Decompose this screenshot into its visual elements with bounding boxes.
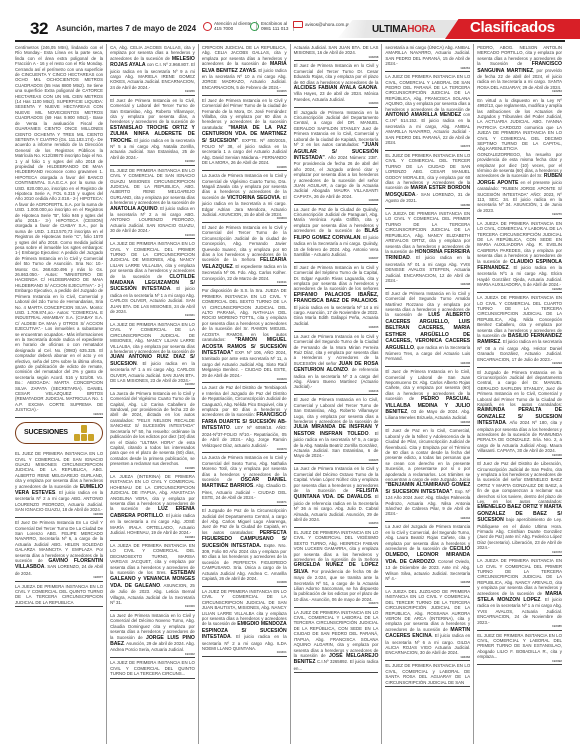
legal-notice: El Juez de Primera Instancia en lo Civil… [294,396,379,464]
notice-code: 193298 [385,283,470,287]
notice-text: LA JUEZ DE PRIMERA INSTANCIA EN LO CIVIL… [110,660,195,676]
notice-text: LA JUEZA DE PRIMERA INSTANCIA EN LO CIVI… [477,221,562,264]
column-6: PEDRO, ABOG. NELSON ANTOLIN MERCADO PORT… [473,44,565,744]
contact-whatsapp: 0981 111 013 [261,26,288,31]
notice-text: El Juez de Primera Instancia en lo Civil… [294,63,379,84]
legal-notice: EL JUEZ DE PRIMERA INSTANCIA EN LO CIVIL… [385,152,470,209]
notice-text: LA JUEZA DE PRIMERA INSTANCIA EN LO CIVI… [385,211,470,254]
notice-code: 193266 [110,90,195,94]
notice-code: 193402 [110,653,195,657]
legal-notice: La Jueza de Primera Instancia en lo Civi… [110,390,195,472]
brand-logo-part: HORA [407,24,435,35]
notice-code: 193877 [15,576,103,580]
notice-text: El Juez de Paz en lo Civil, Comercial, L… [385,428,470,482]
header-rule [15,40,565,42]
notice-text: LA JUEZ DE PRIMERA INSTANCIA EN LO CIVIL… [294,610,379,658]
notice-text: Por disposición de S.S. la Sra. JUEZA DE… [202,288,287,342]
legal-notice: El Juzgado de Primera Instancia en la Ci… [477,369,562,460]
column-2: CA, Abg. CELIA JACOBS GALLAS, cita y emp… [106,44,198,744]
brand-logo-part: ULTIMA [372,24,407,35]
legal-notice: EL JUEZ DE PRIMERA INSTANCIA EN LO CIVIL… [294,529,379,608]
column-5: secretaría a mi cargo (ÚNICA) Abg. ANIBA… [381,44,473,744]
legal-notice: La Juez de Primera Instancia en lo Civil… [294,465,379,528]
notice-code: 193384 [110,536,195,540]
notice-code: 193362 [385,656,470,660]
notice-code: 193282 [477,288,562,292]
contact-phone: 415 7000 [214,26,233,31]
notice-code: 193374 [294,602,379,606]
legal-notice: LA JUEZA DE PRIMERA INSTANCIA EN LO CIVI… [477,220,562,293]
notice-code: 193388 [202,581,287,585]
legal-notice: La Juez de Primera Instancia en lo Civil… [110,612,195,658]
notice-code: 193400 [110,605,195,609]
legal-notice: La Juez de Primera Instancia en lo Civil… [294,333,379,396]
notice-code: 193385 [477,625,562,629]
notice-code: 193325 [294,459,379,463]
decedent-name: VICTORINA SEGOVIA [227,195,280,201]
notice-text: El Juez de Paz del Distrito de Liberació… [477,461,562,504]
notice-text: LA JUEZA DE PRIMERA INSTANCIA EN LO CIVI… [15,584,103,605]
notice-code: 193302 [110,160,195,164]
banner-label: SUCESIONES [24,430,68,435]
notice-code: 193352 [110,383,195,387]
legal-notice: El Juez de Paz en lo Civil, Comercial, L… [385,427,470,522]
legal-notice: En virtud a lo dispuesto en la Ley Nº 49… [477,97,562,219]
notice-text: LA JUEZA DEL JUZGADO DE PRIMERA INSTANCI… [385,589,470,632]
legal-notice: CA, Abg. CELIA JACOBS GALLAS, cita y emp… [110,44,195,96]
notice-text: EL JUEZ DE PRIMERA INSTANCIA EN LO CIVIL… [110,168,195,205]
notice-code: 193284 [294,102,379,106]
notice-code: 193371 [202,501,287,505]
whatsapp-contact: Escribinos al0981 111 013 [250,21,294,31]
legal-notice: El Juez De Primera Instancia En Lo Civil… [15,519,103,582]
legal-notice: LA JUEZ DE PRIMERA INSTANCIA EN LO CIVIL… [294,609,379,673]
notice-code: 193261 [385,67,470,71]
notice-text: El Juez De Primera Instancia En Lo Civil… [15,520,103,563]
notice-text: EL JUEZ DE PRIMERA INSTANCIA EN LO CIVIL… [385,663,470,684]
phone-icon [203,22,212,31]
notice-code: 193286 [202,166,287,170]
legal-notice: LA JUEZA DE PRIMERA INSTANCIA EN LO CIVI… [15,583,103,608]
legal-notice: El Juez de Primera Instancia en lo Civil… [202,224,287,287]
legal-notice: LA JUEZ DE PRIMERA INSTANCIA EN LO CIVIL… [202,588,287,657]
notice-code: 193293 [477,362,562,366]
mail-icon [293,21,303,28]
legal-notice: LA JUEZ DE PRIMERA INSTANCIA EN LO CIVIL… [385,73,470,151]
notice-text-tail: . Año 2024 Número: 238". Por providencia… [294,155,379,199]
notice-code: 193297 [294,257,379,261]
notice-code: 193334 [385,517,470,521]
decedent-name: ANTONIO AMARILLA MENDEZ [385,112,461,118]
notice-code: 193306 [385,362,470,366]
notice-code: 193320 [202,378,287,382]
notice-code: 193273 [385,145,470,149]
contact-email: avisos@uhora.com.py [305,22,351,27]
notice-text: El Juez de Primera Instancia en lo Civil… [110,98,195,125]
notice-code: 193311 [202,281,287,285]
legal-notice: El Juez de Primera Instancia en lo Civil… [294,264,379,332]
decedent-name: ANATOLIA AQUINO [110,206,157,212]
whatsapp-icon [250,22,259,31]
column-1: Centímetros (246,05 Mtrs), lindando con … [15,44,106,744]
legal-notice: La Juez de Paz de la Ciudad de Quiindy, … [294,206,379,263]
notice-code: 193280 [385,204,470,208]
section-title: Clasificados [470,19,555,36]
notice-text: LA JUEZA DE PRIMERA INSTANCIA EN LO CIVI… [477,295,562,338]
legal-notice: LA JUEZA DE PRIMERA INSTANCIA EN LO CIVI… [110,542,195,611]
notice-code: 193392 [477,660,562,664]
notice-code: 193401 [202,651,287,655]
email-contact: avisos@uhora.com.py [293,21,351,28]
notice-code: 193263 [477,90,562,94]
notice-text: El Juzgado de Primera Instancia en la Ci… [477,370,562,407]
notice-code: 193316 [294,390,379,394]
legal-notice: secretaría a mi cargo (ÚNICA) Abg. ANIBA… [385,44,470,72]
notice-code: 193288 [294,199,379,203]
legal-notice: PEDRO, ABOG. NELSON ANTOLIN MERCADO PORT… [477,44,562,96]
legal-notice: LA JUEZA DEL JUZGADO DE PRIMERA INSTANCI… [385,588,470,661]
notice-text: EL JUEZ DE PRIMERA INSTANCIA EN LO CIVIL… [294,530,379,562]
brand-logo: ULTIMAHORA [372,24,435,35]
notice-code: 193354 [294,522,379,526]
notice-text: secretaría a mi cargo (ÚNICA) Abg. ANIBA… [385,45,470,66]
legal-notice: Actuaria Judicial. SAN JUAN BTA. DE LAS … [294,44,379,61]
notice-code: 193310 [110,234,195,238]
legal-notice: Centímetros (246,05 Mtrs), lindando con … [15,44,103,418]
legal-notice: La Jueza de Primera Instancia en lo Civi… [202,454,287,506]
notice-code: 193321 [110,314,195,318]
legal-notice: El Juez de Primera Instancia en lo Civil… [110,97,195,166]
notice-text: EL JUEZ DE PRIMERA INSTANCIA EN LO CIVIL… [477,633,562,660]
notice-code: 193303 [202,217,287,221]
classified-columns: Centímetros (246,05 Mtrs), lindando con … [15,44,565,744]
notice-code: 193270 [477,213,562,217]
legal-notice: LA JUEZ DE PRIMERA INSTANCIA EN LO CIVIL… [110,659,195,678]
legal-notice: El Juez de Primera Instancia en lo Civil… [385,368,470,426]
column-4: Actuaria Judicial. SAN JUAN BTA. DE LAS … [290,44,382,744]
legal-notice: El Juez de Primera Instancia en lo Civil… [294,62,379,107]
legal-notice: La Jueza de Primera Instancia en lo Civi… [202,172,287,223]
legal-notice: El Juzgado de Primera Instancia en la Ci… [294,109,379,205]
legal-notice: LA JUEZ DE PRIMERA INSTANCIA EN LO CIVIL… [110,321,195,389]
legal-notice: LA JUEZA DE PRIMERA INSTANCIA EN LO CIVI… [477,557,562,630]
sucesiones-icon [74,425,94,441]
notice-code: 193358 [385,581,470,585]
legal-notice: El Juez de Paz del Distrito de Liberació… [477,460,562,556]
notice-code: 193372 [477,551,562,555]
decedent-name: JULIA MIRANDA DE INSFRAN Y NESTOR INSFRA… [294,424,379,436]
notice-code: 193268 [294,56,379,60]
notice-text: LA JUEZ DE PRIMERA INSTANCIA EN LO CIVIL… [385,74,470,111]
notice-text: En virtud a lo dispuesto en la Ley Nº 49… [477,98,562,179]
notice-text-tail: Expte. Nro. 309, Folio 80 Año 2024 cita … [202,543,287,581]
masthead: 32 Asunción, martes 7 de mayo de 2024 At… [0,0,580,40]
legal-notice: El Juzgado de Paz de la Circunscripción … [202,507,287,587]
notice-text: El Juez de Primera Instancia en lo Civil… [294,265,379,292]
legal-notice: El Juez de Primera Instancia en lo Civil… [385,290,470,367]
legal-notice: La Juez de Paz del Distrito de Tembiapor… [202,384,287,453]
publication-date: Asunción, martes 7 de mayo de 2024 [56,24,196,33]
notice-text: Centímetros (246,05 Mtrs), lindando con … [15,45,103,412]
notice-code: 193265 [202,90,287,94]
legal-notice: LA JUEZA DE PRIMERA INSTANCIA EN LO CIVI… [477,294,562,367]
legal-notice: EL JUEZ DE PRIMERA INSTANCIA EN LO CIVIL… [15,450,103,518]
legal-notice: La Juez del Juzgado de Primera Instancia… [385,523,470,587]
notice-code: 193365 [110,467,195,471]
notice-text: La Jueza de Primera Instancia en lo Civi… [110,391,195,466]
decedent-name: EPIFANIO PALACIOS IBAÑEZ, FRANCISCA BAEZ… [294,292,379,304]
sucesiones-banner: SUCESIONES [15,422,103,444]
notice-code: 193336 [477,454,562,458]
column-3: CRIPCION JUDICIAL DE LA REPUBLICA, Abg. … [198,44,290,744]
legal-notice: EL JUEZ DE PRIMERA INSTANCIA EN LO CIVIL… [110,167,195,239]
page-number: 32 [30,19,48,39]
legal-notice: EL JUEZ DE PRIMERA INSTANCIA EN LO CIVIL… [385,662,470,687]
decedent-name: ALCIDES FABIAN AYALA GAONA [294,85,378,91]
legal-notice: CRIPCION JUDICIAL DE LA REPUBLICA, Abg. … [202,44,287,96]
legal-notice: Por disposición de S.S. la Sra. JUEZA DE… [202,287,287,383]
legal-notice: EL JUEZ DE PRIMERA INSTANCIA EN LO CIVIL… [477,632,562,666]
notice-text: Actuaria Judicial. SAN JUAN BTA. DE LAS … [294,45,379,55]
notice-code: 193309 [15,513,103,517]
notice-text: LA JUEZ DE PRIMERA INSTANCIA EN LO CIVIL… [110,322,195,354]
notice-text: El Juez de Primera Instancia en lo Civil… [294,397,379,424]
legal-notice: LA JUEZA (INTERINA) DE PRIMERA INSTANCIA… [110,473,195,541]
legal-notice: LA JUEZ DE PRIMERA INSTANCIA EN LO CIVIL… [110,240,195,320]
legal-notice: LA JUEZA DE PRIMERA INSTANCIA EN LO CIVI… [385,210,470,289]
notice-code: 193332 [385,421,470,425]
notice-code: 193370 [202,448,287,452]
notice-code: 193305 [294,326,379,330]
notice-code: 193224 [15,413,103,417]
legal-notice: El Juez de Primera Instancia en lo Civil… [202,97,287,171]
